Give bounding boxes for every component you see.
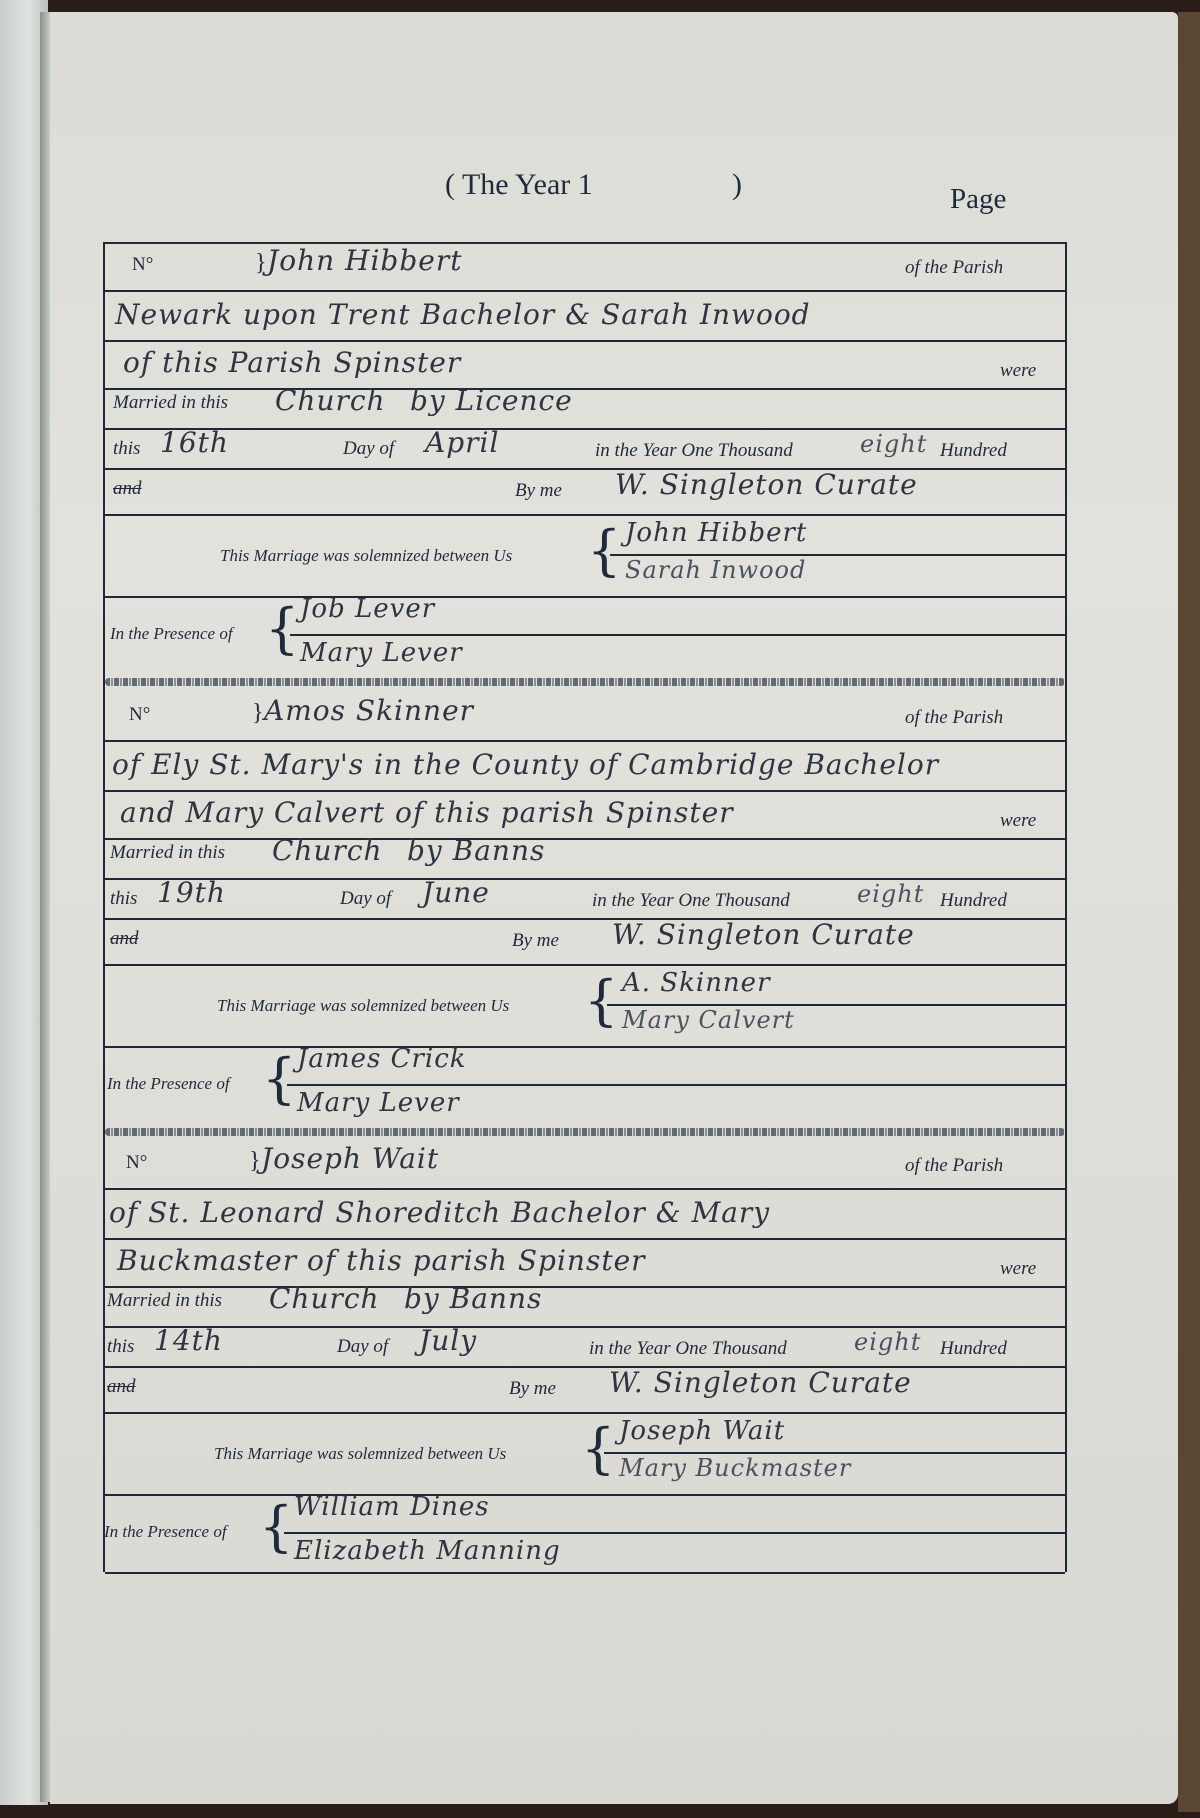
brace-glyph: } — [252, 700, 264, 727]
marriage-month: July — [419, 1324, 477, 1357]
witness-brace: { — [265, 602, 299, 656]
place-of-marriage: Church — [269, 1282, 380, 1315]
marriage-day: 14th — [154, 1324, 223, 1357]
by-me-label: By me — [512, 930, 559, 952]
brace-glyph: } — [249, 1148, 261, 1175]
of-the-parish-label: of the Parish — [905, 707, 1003, 729]
witness-one: James Crick — [297, 1044, 467, 1074]
marriage-register-table: N° } John Hibbert of the Parish Newark u… — [103, 242, 1067, 1572]
parish-line: of Ely St. Mary's in the County of Cambr… — [112, 748, 939, 781]
bride-signature: Sarah Inwood — [625, 556, 806, 584]
officiant-signature: W. Singleton Curate — [609, 1366, 912, 1399]
this-label: this — [113, 438, 140, 460]
place-of-marriage: Church — [272, 834, 383, 867]
witness-one: William Dines — [294, 1492, 490, 1522]
were-label: were — [1000, 360, 1036, 382]
and-label-struck: and — [113, 478, 142, 500]
solemnized-label: This Marriage was solemnized between Us — [217, 996, 509, 1016]
background-surface — [1178, 12, 1200, 1812]
signature-brace: { — [581, 1422, 615, 1476]
marriage-day: 19th — [157, 876, 226, 909]
bride-line: and Mary Calvert of this parish Spinster — [120, 796, 734, 829]
witness-brace: { — [259, 1500, 293, 1554]
witness-two: Elizabeth Manning — [294, 1536, 561, 1566]
day-of-label: Day of — [340, 888, 391, 910]
officiant-signature: W. Singleton Curate — [615, 468, 918, 501]
marriage-day: 16th — [160, 426, 229, 459]
marriage-month: June — [422, 876, 490, 909]
hundred-label: Hundred — [940, 1338, 1007, 1360]
hundred-label: Hundred — [940, 440, 1007, 462]
parish-line: of St. Leonard Shoreditch Bachelor & Mar… — [109, 1196, 770, 1229]
year-heading-close: ) — [732, 168, 742, 202]
solemnized-label: This Marriage was solemnized between Us — [220, 546, 512, 566]
groom-name: Joseph Wait — [261, 1142, 439, 1175]
witness-two: Mary Lever — [297, 1088, 460, 1118]
page-label: Page — [950, 183, 1006, 216]
place-of-marriage: Church — [275, 384, 386, 417]
and-label-struck: and — [107, 1376, 136, 1398]
bride-signature: Mary Buckmaster — [619, 1454, 851, 1482]
in-the-year-label: in the Year One Thousand — [592, 890, 790, 912]
were-label: were — [1000, 1258, 1036, 1280]
day-of-label: Day of — [337, 1336, 388, 1358]
bride-line: of this Parish Spinster — [123, 346, 461, 379]
number-label: N° — [132, 254, 153, 276]
groom-signature: A. Skinner — [622, 968, 771, 998]
number-label: N° — [129, 704, 150, 726]
bride-signature: Mary Calvert — [622, 1006, 795, 1034]
married-in-this-label: Married in this — [110, 842, 225, 864]
century-word: eight — [854, 1328, 921, 1356]
ornamental-divider — [105, 678, 1065, 686]
witness-two: Mary Lever — [300, 638, 463, 668]
married-in-this-label: Married in this — [113, 392, 228, 414]
marriage-entry: N° } John Hibbert of the Parish Newark u… — [105, 242, 1065, 682]
signature-brace: { — [584, 974, 618, 1028]
groom-name: John Hibbert — [267, 244, 462, 277]
ornamental-divider — [105, 1128, 1065, 1136]
solemnized-label: This Marriage was solemnized between Us — [214, 1444, 506, 1464]
groom-name: Amos Skinner — [264, 694, 474, 727]
presence-label: In the Presence of — [110, 624, 233, 644]
parish-line: Newark upon Trent Bachelor & Sarah Inwoo… — [115, 298, 811, 331]
married-in-this-label: Married in this — [107, 1290, 222, 1312]
witness-brace: { — [262, 1052, 296, 1106]
groom-signature: John Hibbert — [625, 518, 807, 548]
bride-line: Buckmaster of this parish Spinster — [117, 1244, 646, 1277]
century-word: eight — [857, 880, 924, 908]
of-the-parish-label: of the Parish — [905, 1155, 1003, 1177]
this-label: this — [107, 1336, 134, 1358]
this-label: this — [110, 888, 137, 910]
day-of-label: Day of — [343, 438, 394, 460]
marriage-month: April — [425, 426, 499, 459]
in-the-year-label: in the Year One Thousand — [595, 440, 793, 462]
marriage-method: by Banns — [407, 834, 545, 867]
in-the-year-label: in the Year One Thousand — [589, 1338, 787, 1360]
marriage-method: by Licence — [410, 384, 573, 417]
century-word: eight — [860, 430, 927, 458]
marriage-method: by Banns — [404, 1282, 542, 1315]
presence-label: In the Presence of — [107, 1074, 230, 1094]
brace-glyph: } — [255, 250, 267, 277]
were-label: were — [1000, 810, 1036, 832]
number-label: N° — [126, 1152, 147, 1174]
book-gutter — [40, 12, 50, 1802]
officiant-signature: W. Singleton Curate — [612, 918, 915, 951]
marriage-entry: N° } Joseph Wait of the Parish of St. Le… — [105, 1140, 1065, 1580]
year-heading: ( The Year 1 — [445, 168, 593, 202]
and-label-struck: and — [110, 928, 139, 950]
signature-brace: { — [587, 524, 621, 578]
presence-label: In the Presence of — [104, 1522, 227, 1542]
witness-one: Job Lever — [300, 594, 435, 624]
of-the-parish-label: of the Parish — [905, 257, 1003, 279]
by-me-label: By me — [515, 480, 562, 502]
hundred-label: Hundred — [940, 890, 1007, 912]
by-me-label: By me — [509, 1378, 556, 1400]
marriage-entry: N° } Amos Skinner of the Parish of Ely S… — [105, 692, 1065, 1132]
groom-signature: Joseph Wait — [619, 1416, 785, 1446]
